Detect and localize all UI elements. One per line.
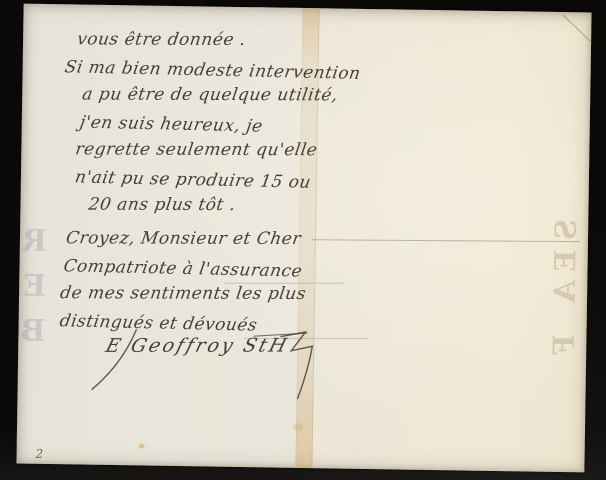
handwritten-line: de mes sentiments les plus: [58, 280, 308, 308]
letter-closing-paragraph: Croyez, Monsieur et CherCompatriote à l'…: [64, 225, 306, 339]
bleed-through-letters-right: SEAF: [546, 214, 584, 361]
bleed-through-letter: R: [17, 221, 48, 266]
handwritten-line: a pu être de quelque utilité,: [80, 82, 363, 110]
bleed-through-letters-left: REB: [15, 221, 47, 356]
handwritten-line: Croyez, Monsieur et Cher: [64, 225, 309, 253]
bleed-through-letter: B: [15, 311, 46, 356]
letter-body-paragraph: vous être donnée .Si ma bien modeste int…: [62, 26, 361, 223]
letter-paper: REB SEAF vous être donnée .Si ma bien mo…: [16, 4, 591, 473]
signature: E Geoffroy StH: [103, 335, 291, 357]
handwritten-line: vous être donnée .: [75, 26, 364, 54]
bleed-through-letter: A: [549, 273, 581, 309]
page-number: 2: [35, 447, 43, 461]
handwritten-line: 20 ans plus tôt .: [87, 192, 362, 220]
handwritten-line: regrette seulement qu'elle: [73, 136, 362, 164]
paper-stain: [139, 443, 145, 448]
bleed-through-letter: E: [16, 266, 47, 311]
bleed-through-letter: F: [549, 326, 581, 362]
paper-stain: [293, 423, 303, 431]
